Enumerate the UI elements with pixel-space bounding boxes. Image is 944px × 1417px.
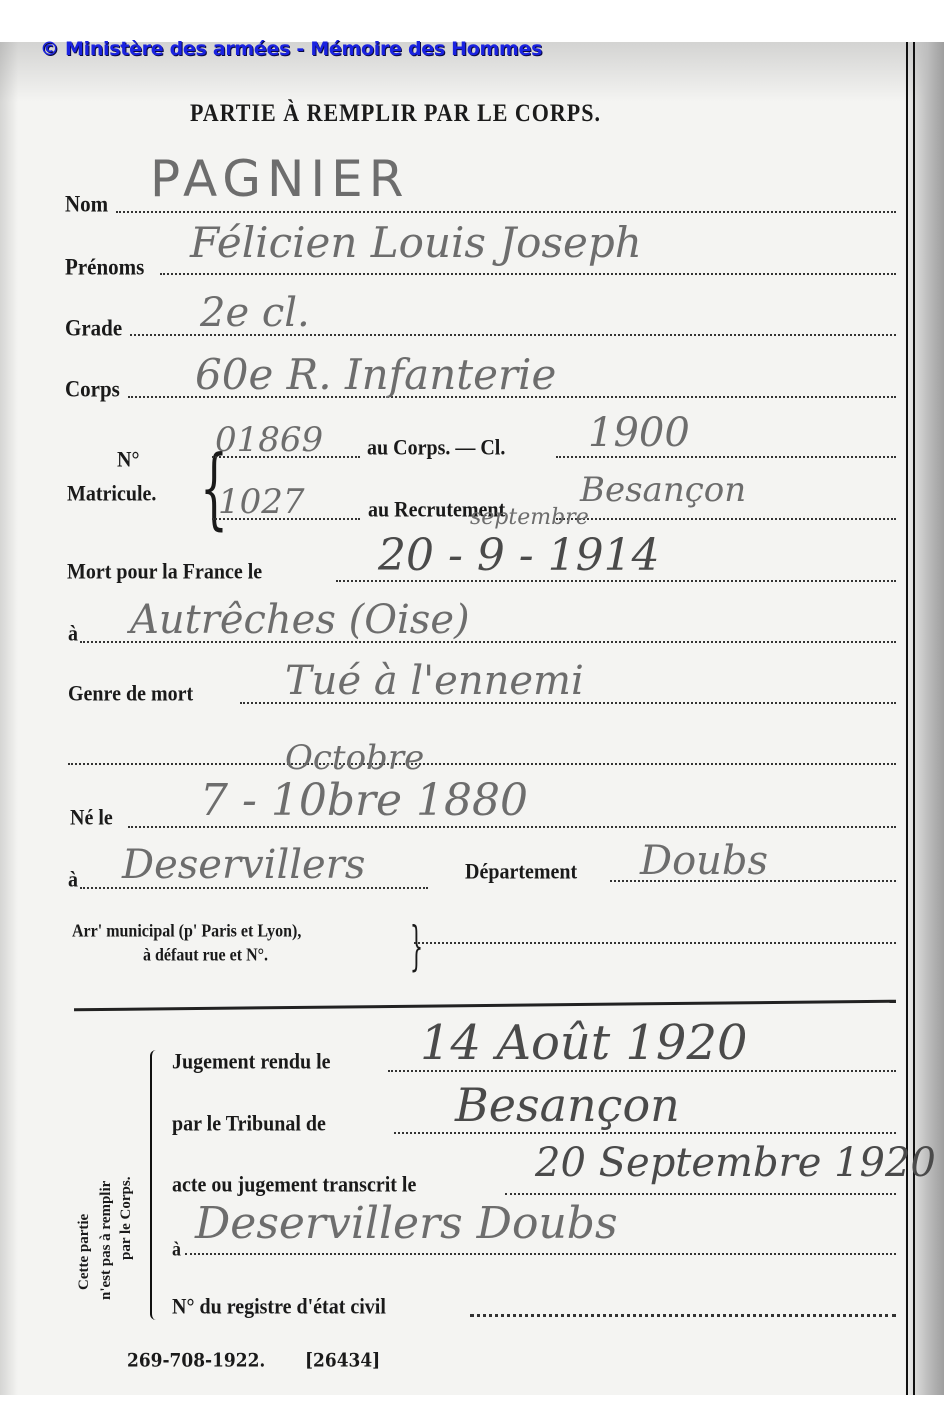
label-prenoms: Prénoms: [65, 253, 144, 281]
dotted-line: [185, 1253, 896, 1255]
label-ne-le: Né le: [70, 805, 113, 831]
label-jugement-rendu: Jugement rendu le: [172, 1049, 331, 1075]
value-genre-de-mort: Tué à l'ennemi: [285, 658, 584, 704]
value-prenoms: Félicien Louis Joseph: [190, 218, 642, 267]
side-note-line2: n'est pas à remplir: [98, 1181, 115, 1300]
label-grade: Grade: [65, 314, 122, 342]
dotted-line: [160, 273, 896, 275]
dotted-line: [68, 763, 896, 765]
dotted-line: [116, 211, 896, 213]
value-ne-le: 7 - 10bre 1880: [200, 775, 528, 826]
label-lieu-naissance: à: [68, 867, 78, 893]
value-recrutement-lieu: Besançon: [580, 470, 746, 510]
value-grade: 2e cl.: [200, 290, 310, 336]
print-code: [26434]: [305, 1350, 380, 1372]
dotted-line: [470, 1314, 896, 1317]
side-note-non-corps: Cette partie n'est pas à remplir par le …: [70, 1100, 160, 1300]
page-edge-line: [906, 42, 908, 1395]
brace-arrondissement: }: [410, 917, 423, 977]
label-lieu-transcription: à: [172, 1237, 181, 1261]
label-mort-pour-la-france: Mort pour la France le: [67, 559, 262, 585]
label-au-corps-classe: au Corps. — Cl.: [367, 435, 505, 461]
annotation-mort-mois: septembre: [470, 505, 589, 530]
value-corps: 60e R. Infanterie: [195, 350, 556, 399]
label-matricule-no: N°: [117, 447, 139, 473]
dotted-line: [414, 942, 896, 944]
value-transcrit-date: 20 Septembre 1920: [535, 1140, 936, 1186]
page-edge-line: [913, 42, 915, 1395]
dotted-line: [394, 1132, 896, 1134]
dotted-line: [128, 826, 896, 828]
value-mort-date: 20 - 9 - 1914: [378, 530, 660, 581]
annotation-naissance-mois: Octobre: [285, 738, 424, 778]
label-arrondissement-line1: Arr' municipal (p' Paris et Lyon),: [72, 922, 301, 942]
label-tribunal: par le Tribunal de: [172, 1111, 326, 1137]
value-tribunal: Besançon: [455, 1078, 680, 1132]
value-lieu-transcription: Deservillers Doubs: [195, 1198, 618, 1249]
form-title: PARTIE À REMPLIR PAR LE CORPS.: [190, 98, 601, 128]
value-lieu-naissance: Deservillers: [122, 842, 365, 888]
label-registre: N° du registre d'état civil: [172, 1294, 386, 1320]
value-jugement-date: 14 Août 1920: [420, 1015, 748, 1071]
label-corps: Corps: [65, 375, 120, 403]
label-arrondissement-line2: à défaut rue et N°.: [143, 946, 268, 966]
value-lieu-mort: Autrêches (Oise): [130, 597, 470, 643]
copyright-watermark: © Ministère des armées - Mémoire des Hom…: [40, 38, 542, 60]
value-classe: 1900: [588, 410, 690, 456]
label-departement: Département: [465, 859, 577, 885]
label-genre-de-mort: Genre de mort: [68, 681, 193, 707]
label-matricule: Matricule.: [67, 481, 156, 507]
page-edge-shadow: [904, 42, 944, 1395]
value-nom: PAGNIER: [150, 150, 410, 208]
value-matricule-corps: 01869: [215, 420, 323, 460]
label-transcrit: acte ou jugement transcrit le: [172, 1172, 416, 1198]
side-note-line3: par le Corps.: [118, 1177, 135, 1260]
dotted-line: [505, 1193, 896, 1195]
label-nom: Nom: [65, 190, 108, 218]
value-matricule-recrutement: 1027: [218, 482, 305, 522]
print-reference: 269-708-1922.: [127, 1350, 265, 1372]
side-note-line1: Cette partie: [76, 1214, 93, 1290]
label-lieu-mort: à: [68, 621, 78, 647]
dotted-line: [556, 456, 896, 458]
value-departement: Doubs: [640, 838, 768, 884]
dotted-line: [556, 518, 896, 520]
